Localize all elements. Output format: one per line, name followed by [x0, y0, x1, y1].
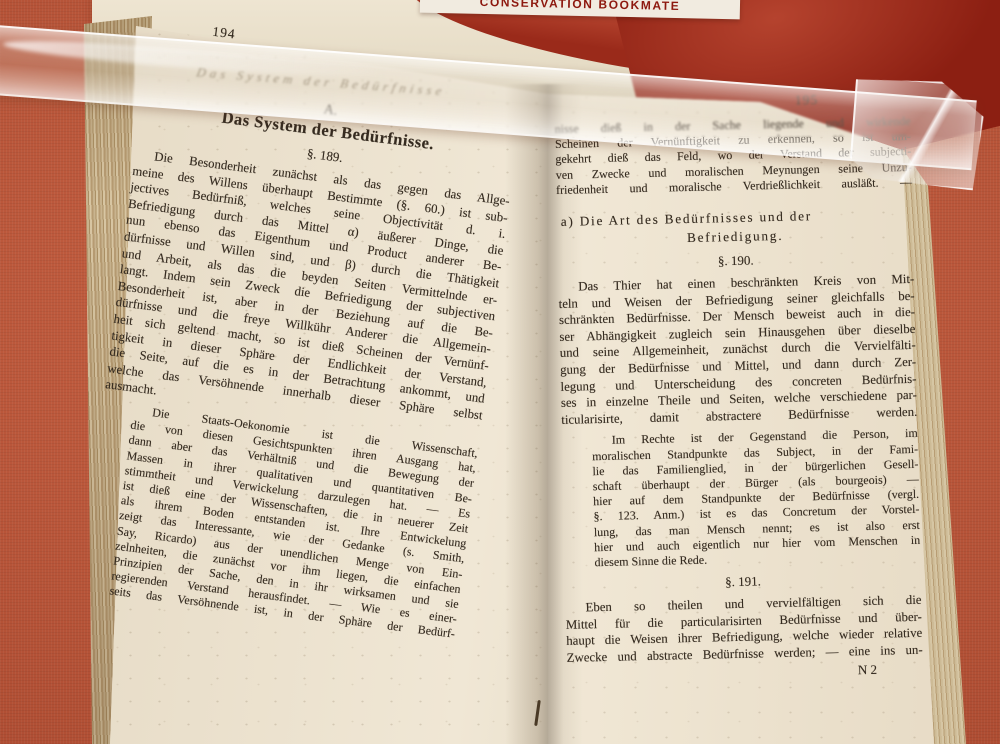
paragraph-189: Die Besonderheit zunächst als das gegen …: [104, 146, 510, 440]
paragraph-191: Eben so theilen und vervielfältigen sich…: [565, 592, 922, 666]
paragraph-190: Das Thier hat einen beschränkten Kreis v…: [558, 271, 917, 428]
bookmate-label-text: CONSERVATION BOOKMATE: [480, 0, 681, 13]
paragraph-mark-191: §. 191.: [565, 570, 921, 594]
subsection-heading-a: a) Die Art des Bedürfnisses und der Befr…: [557, 204, 914, 250]
remark-190: Im Rechte ist der Gegenstand die Person,…: [562, 426, 921, 571]
photo-scene: CONSERVATION BOOKMATE 194 A. Das System …: [0, 0, 1000, 744]
paragraph-mark-190: §. 190.: [558, 249, 914, 273]
right-page-text: 195 nisse dieß in der Sache liegende und…: [554, 90, 923, 684]
